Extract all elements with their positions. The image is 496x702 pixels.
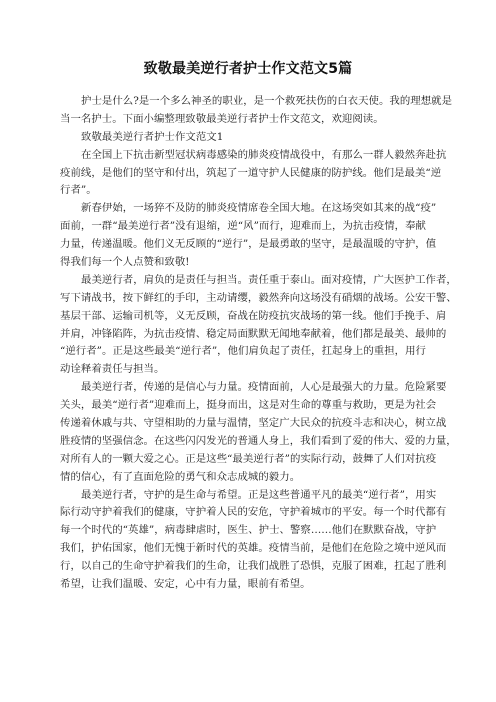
text-line: 面前，一群“最美逆行者”没有退缩，逆“风”而行，迎难而上，为抗击疫情，奉献 [60, 218, 436, 236]
text-line: 最美逆行者，肩负的是责任与担当。责任重于泰山。面对疫情，广大医护工作者， [60, 272, 436, 290]
text-line: 对所有人的一颗大爱之心。正是这些“最美逆行者”的实际行动，鼓舞了人们对抗疫 [60, 451, 436, 469]
text-line: 护士是什么?是一个多么神圣的职业，是一个救死扶伤的白衣天使。我的理想就是 [60, 93, 436, 111]
document-title: 致敬最美逆行者护士作文范文5篇 [0, 60, 496, 78]
text-line: 最美逆行者，传递的是信心与力量。疫情面前，人心是最强大的力量。危险紧要 [60, 379, 436, 397]
text-line: 行，以自己的生命守护着我们的生命，让我们战胜了恐惧，克服了困难，扛起了胜利 [60, 558, 436, 576]
text-line: 最美逆行者，守护的是生命与希望。正是这些普通平凡的最美“逆行者”，用实 [60, 487, 436, 505]
text-line: 胜疫情的坚强信念。在这些闪闪发光的普通人身上，我们看到了爱的伟大、爱的力量， [60, 433, 436, 451]
text-line: 致敬最美逆行者护士作文范文1 [60, 129, 436, 147]
text-line: 际行动守护着我们的健康，守护着人民的安危，守护着城市的平安。每一个时代都有 [60, 504, 436, 522]
text-line: 力量，传递温暖。他们义无反顾的“逆行”，是最勇敢的坚守，是最温暖的守护，值 [60, 236, 436, 254]
text-line: 行者”。 [60, 182, 436, 200]
text-line: 基层干部、运输司机等，义无反顾，奋战在防疫抗灾战场的第一线。他们手挽手、肩 [60, 308, 436, 326]
text-line: 每一个时代的“英雄”，病毒肆虐时，医生、护士、警察……他们在默默奋战，守护 [60, 522, 436, 540]
text-line: 我们，护佑国家，他们无愧于新时代的英雄。疫情当前，是他们在危险之境中逆风而 [60, 540, 436, 558]
text-line: 得我们每一个人点赞和致敬! [60, 254, 436, 272]
text-line: 当一名护士。下面小编整理致敬最美逆行者护士作文范文，欢迎阅读。 [60, 111, 436, 129]
text-line: 动诠释着责任与担当。 [60, 361, 436, 379]
text-line: 在全国上下抗击新型冠状病毒感染的肺炎疫情战役中，有那么一群人毅然奔赴抗 [60, 147, 436, 165]
text-line: 写下请战书，按下鲜红的手印，主动请缨，毅然奔向这场没有硝烟的战场。公安干警、 [60, 290, 436, 308]
text-line: 新春伊始，一场猝不及防的肺炎疫情席卷全国大地。在这场突如其来的战“疫” [60, 200, 436, 218]
text-line: 传递着休戚与共、守望相助的力量与温情，坚定广大民众的抗疫斗志和决心，树立战 [60, 415, 436, 433]
text-line: 情的信心，有了直面危险的勇气和众志成城的毅力。 [60, 469, 436, 487]
text-line: 关头，最美“逆行者”迎难而上，挺身而出，这是对生命的尊重与救助，更是为社会 [60, 397, 436, 415]
document-body: 护士是什么?是一个多么神圣的职业，是一个救死扶伤的白衣天使。我的理想就是当一名护… [60, 93, 436, 594]
text-line: 疫前线，是他们的坚守和付出，筑起了一道守护人民健康的防护线。他们是最美“逆 [60, 165, 436, 183]
text-line: 并肩，冲锋陷阵，为抗击疫情、稳定局面默默无闻地奉献着，他们都是最美、最帅的 [60, 326, 436, 344]
text-line: 希望，让我们温暖、安定，心中有力量，眼前有希望。 [60, 576, 436, 594]
document-page: 致敬最美逆行者护士作文范文5篇 护士是什么?是一个多么神圣的职业，是一个救死扶伤… [0, 0, 496, 702]
text-line: “逆行者”。正是这些最美“逆行者”，他们肩负起了责任，扛起身上的重担，用行 [60, 343, 436, 361]
